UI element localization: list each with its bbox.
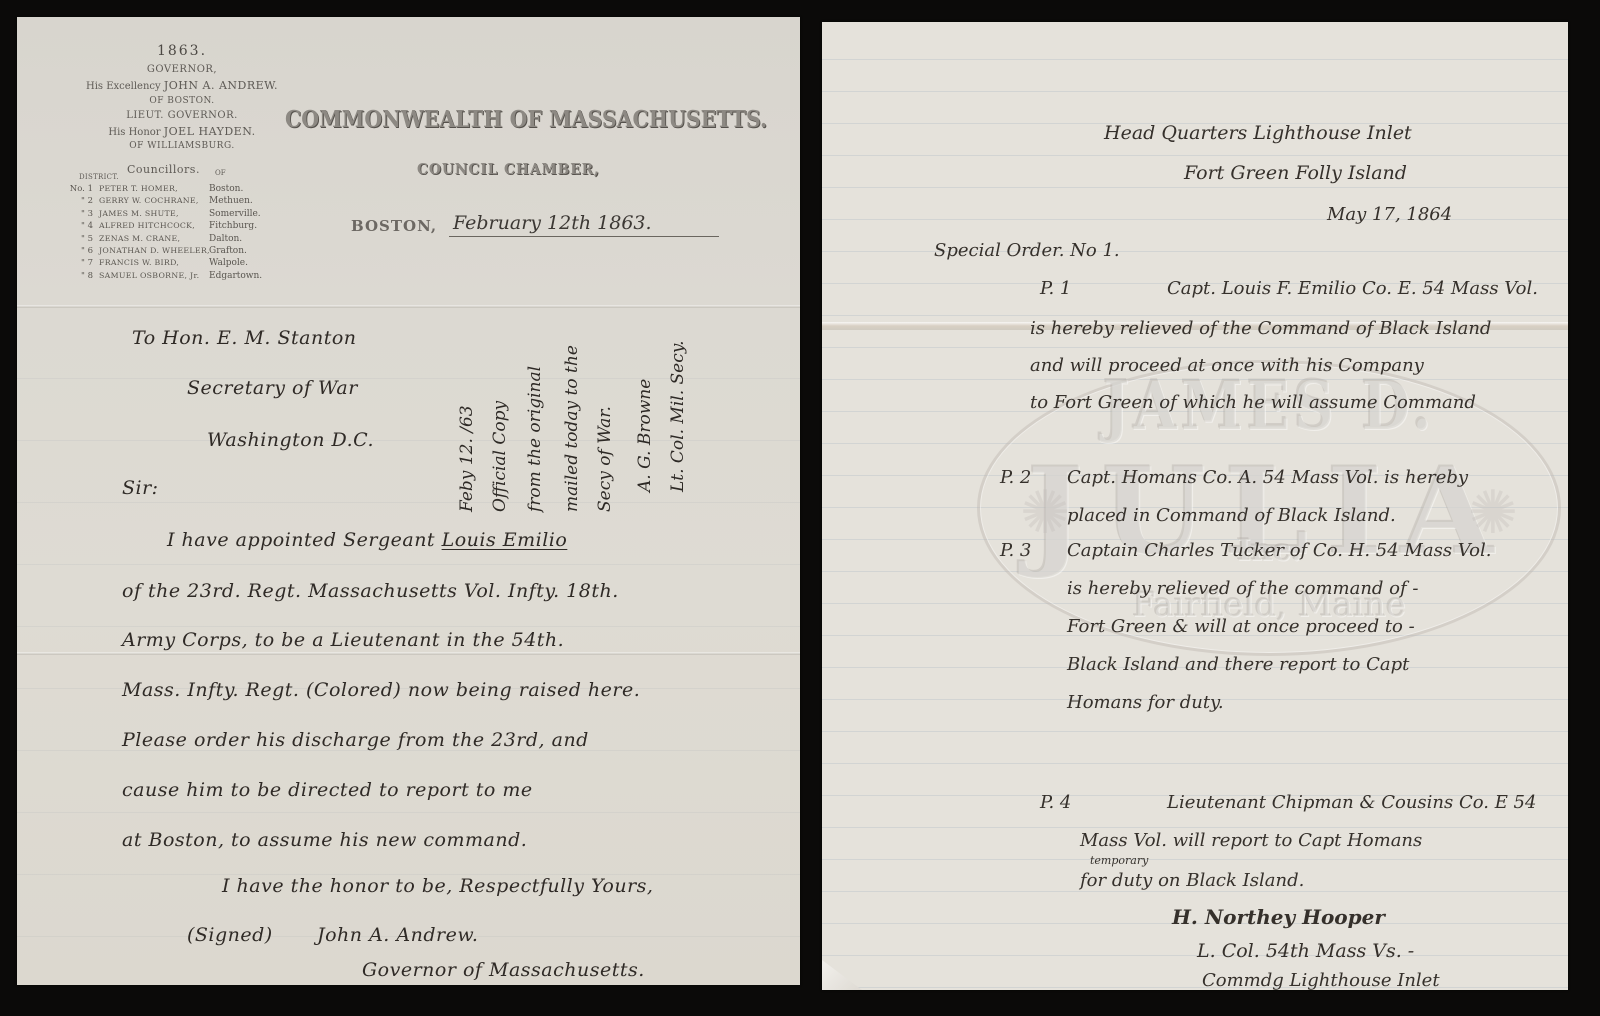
councillor-name: SAMUEL OSBORNE, Jr. [99, 271, 199, 280]
district-number: " 8 [57, 271, 93, 281]
councillor-town: Boston. [209, 184, 243, 194]
district-number: " 4 [57, 221, 93, 231]
order-line: Black Island and there report to Capt [1067, 654, 1409, 675]
district-number: " 2 [57, 196, 93, 206]
endorsement-line: from the original [525, 366, 545, 512]
lt-governor-line: His Honor JOEL HAYDEN. [57, 125, 307, 138]
councillor-name: FRANCIS W. BIRD, [99, 258, 179, 267]
councillor-row: " 4ALFRED HITCHCOCK,Fitchburg. [57, 221, 297, 233]
salutation: Sir: [122, 477, 159, 499]
governor-name: JOHN A. ANDREW. [164, 79, 278, 92]
order-line: for duty on Black Island. [1080, 870, 1304, 891]
order-line: Fort Green & will at once proceed to - [1067, 616, 1415, 637]
councillor-town: Walpole. [209, 258, 248, 268]
councillor-row: " 3JAMES M. SHUTE,Somerville. [57, 209, 297, 221]
councillor-name: PETER T. HOMER, [99, 184, 178, 193]
endorsement-signature: A. G. Browne [635, 379, 655, 492]
left-document-page: 1863. GOVERNOR, His Excellency JOHN A. A… [17, 17, 800, 985]
councillor-name: ZENAS M. CRANE, [99, 234, 180, 243]
addressee-line: Secretary of War [187, 377, 358, 399]
body-text: I have appointed Sergeant [167, 529, 442, 551]
district-number: " 5 [57, 234, 93, 244]
councillor-town: Fitchburg. [209, 221, 257, 231]
signature: John A. Andrew. [317, 924, 478, 946]
heading-line: Head Quarters Lighthouse Inlet [1104, 122, 1412, 144]
endorsement-line: Official Copy [490, 401, 510, 512]
councillor-row: " 7FRANCIS W. BIRD,Walpole. [57, 258, 297, 270]
order-line: Mass Vol. will report to Capt Homans [1080, 830, 1422, 851]
order-line: Captain Charles Tucker of Co. H. 54 Mass… [1067, 540, 1491, 561]
order-line: to Fort Green of which he will assume Co… [1030, 392, 1476, 413]
body-line: Please order his discharge from the 23rd… [122, 729, 589, 751]
order-line: Capt. Homans Co. A. 54 Mass Vol. is here… [1067, 467, 1468, 488]
letter-date: February 12th 1863. [449, 212, 719, 237]
heading-line: Fort Green Folly Island [1184, 162, 1407, 184]
order-line: is hereby relieved of the Command of Bla… [1030, 318, 1491, 339]
district-number: " 6 [57, 246, 93, 256]
addressee-line: To Hon. E. M. Stanton [132, 327, 357, 349]
letterhead-year: 1863. [87, 43, 277, 59]
underlined-name: Louis Emilio [442, 529, 568, 551]
signature-title: Governor of Massachusetts. [362, 959, 645, 981]
councillors-list: No. 1PETER T. HOMER,Boston. " 2GERRY W. … [57, 184, 297, 283]
governor-line: His Excellency JOHN A. ANDREW. [57, 79, 307, 92]
paragraph-label: P. 2 [1000, 467, 1031, 488]
official-copy-endorsement: Feby 12. /63 Official Copy from the orig… [455, 262, 715, 512]
district-number: No. 1 [57, 184, 93, 194]
councillor-name: ALFRED HITCHCOCK, [99, 221, 195, 230]
order-line: and will proceed at once with his Compan… [1030, 355, 1424, 376]
watermark-star-icon: ✺ [1020, 478, 1070, 548]
paragraph-label: P. 3 [1000, 540, 1031, 561]
order-line: Capt. Louis F. Emilio Co. E. 54 Mass Vol… [1167, 278, 1538, 299]
body-line: Army Corps, to be a Lieutenant in the 54… [122, 629, 564, 651]
councillor-name: JONATHAN D. WHEELER, [99, 246, 210, 255]
watermark-star-icon: ✺ [1468, 478, 1518, 548]
councillor-row: " 2GERRY W. COCHRANE,Methuen. [57, 196, 297, 208]
lt-governor-name: JOEL HAYDEN. [164, 125, 256, 138]
fold-line [17, 652, 800, 655]
closing-line: I have the honor to be, Respectfully You… [222, 875, 653, 897]
body-line: cause him to be directed to report to me [122, 779, 533, 801]
signed-label: (Signed) [187, 924, 273, 946]
body-line: I have appointed Sergeant Louis Emilio [167, 529, 567, 551]
councillors-header: DISTRICT. Councillors. OF [57, 163, 297, 183]
order-line: Homans for duty. [1067, 692, 1224, 713]
order-line: Lieutenant Chipman & Cousins Co. E 54 [1167, 792, 1536, 813]
endorsement-title: Lt. Col. Mil. Secy. [668, 341, 688, 492]
signature: H. Northey Hooper [1172, 905, 1385, 929]
councillor-town: Somerville. [209, 209, 261, 219]
body-line: at Boston, to assume his new command. [122, 829, 527, 851]
order-line: placed in Command of Black Island. [1067, 505, 1396, 526]
governor-of: OF BOSTON. [87, 96, 277, 106]
letterhead-place: BOSTON, [351, 217, 437, 235]
endorsement-line: Feby 12. /63 [457, 405, 477, 512]
folded-corner [822, 960, 862, 990]
governor-prefix: His Excellency [86, 81, 161, 92]
order-line: is hereby relieved of the command of - [1067, 578, 1418, 599]
councillor-town: Methuen. [209, 196, 253, 206]
of-label: OF [215, 169, 226, 177]
insertion-note: temporary [1090, 854, 1148, 867]
councillor-town: Dalton. [209, 234, 242, 244]
councillor-row: " 8SAMUEL OSBORNE, Jr.Edgartown. [57, 271, 297, 283]
heading-date: May 17, 1864 [1327, 204, 1452, 225]
councillor-row: " 5ZENAS M. CRANE,Dalton. [57, 234, 297, 246]
councillor-town: Grafton. [209, 246, 247, 256]
lt-governor-prefix: His Honor [108, 127, 160, 138]
councillor-town: Edgartown. [209, 271, 262, 281]
lt-governor-of: OF WILLIAMSBURG. [87, 141, 277, 151]
order-title: Special Order. No 1. [934, 240, 1120, 261]
councillor-name: JAMES M. SHUTE, [99, 209, 179, 218]
councillor-row: No. 1PETER T. HOMER,Boston. [57, 184, 297, 196]
councillor-row: " 6JONATHAN D. WHEELER,Grafton. [57, 246, 297, 258]
paragraph-label: P. 4 [1040, 792, 1071, 813]
governor-title: GOVERNOR, [87, 64, 277, 75]
endorsement-line: mailed today to the [562, 345, 582, 512]
addressee-line: Washington D.C. [207, 429, 374, 451]
district-number: " 7 [57, 258, 93, 268]
right-document-page: JAMES D. JULIA ✺ ✺ Inc. Fairfield, Maine… [822, 22, 1568, 990]
district-label: DISTRICT. [79, 173, 119, 181]
signature-title: L. Col. 54th Mass Vs. - [1197, 940, 1414, 962]
councillor-name: GERRY W. COCHRANE, [99, 196, 199, 205]
signature-note: Commdg Lighthouse Inlet [1202, 970, 1440, 991]
letterhead-subtitle: COUNCIL CHAMBER, [417, 160, 647, 178]
body-line: Mass. Infty. Regt. (Colored) now being r… [122, 679, 640, 701]
lt-governor-title: LIEUT. GOVERNOR. [77, 110, 287, 121]
district-number: " 3 [57, 209, 93, 219]
body-line: of the 23rd. Regt. Massachusetts Vol. In… [122, 580, 619, 602]
letterhead-title: COMMONWEALTH OF MASSACHUSETTS. [285, 105, 694, 133]
paragraph-label: P. 1 [1040, 278, 1071, 299]
endorsement-line: Secy of War. [595, 406, 615, 512]
councillors-label: Councillors. [127, 163, 200, 176]
